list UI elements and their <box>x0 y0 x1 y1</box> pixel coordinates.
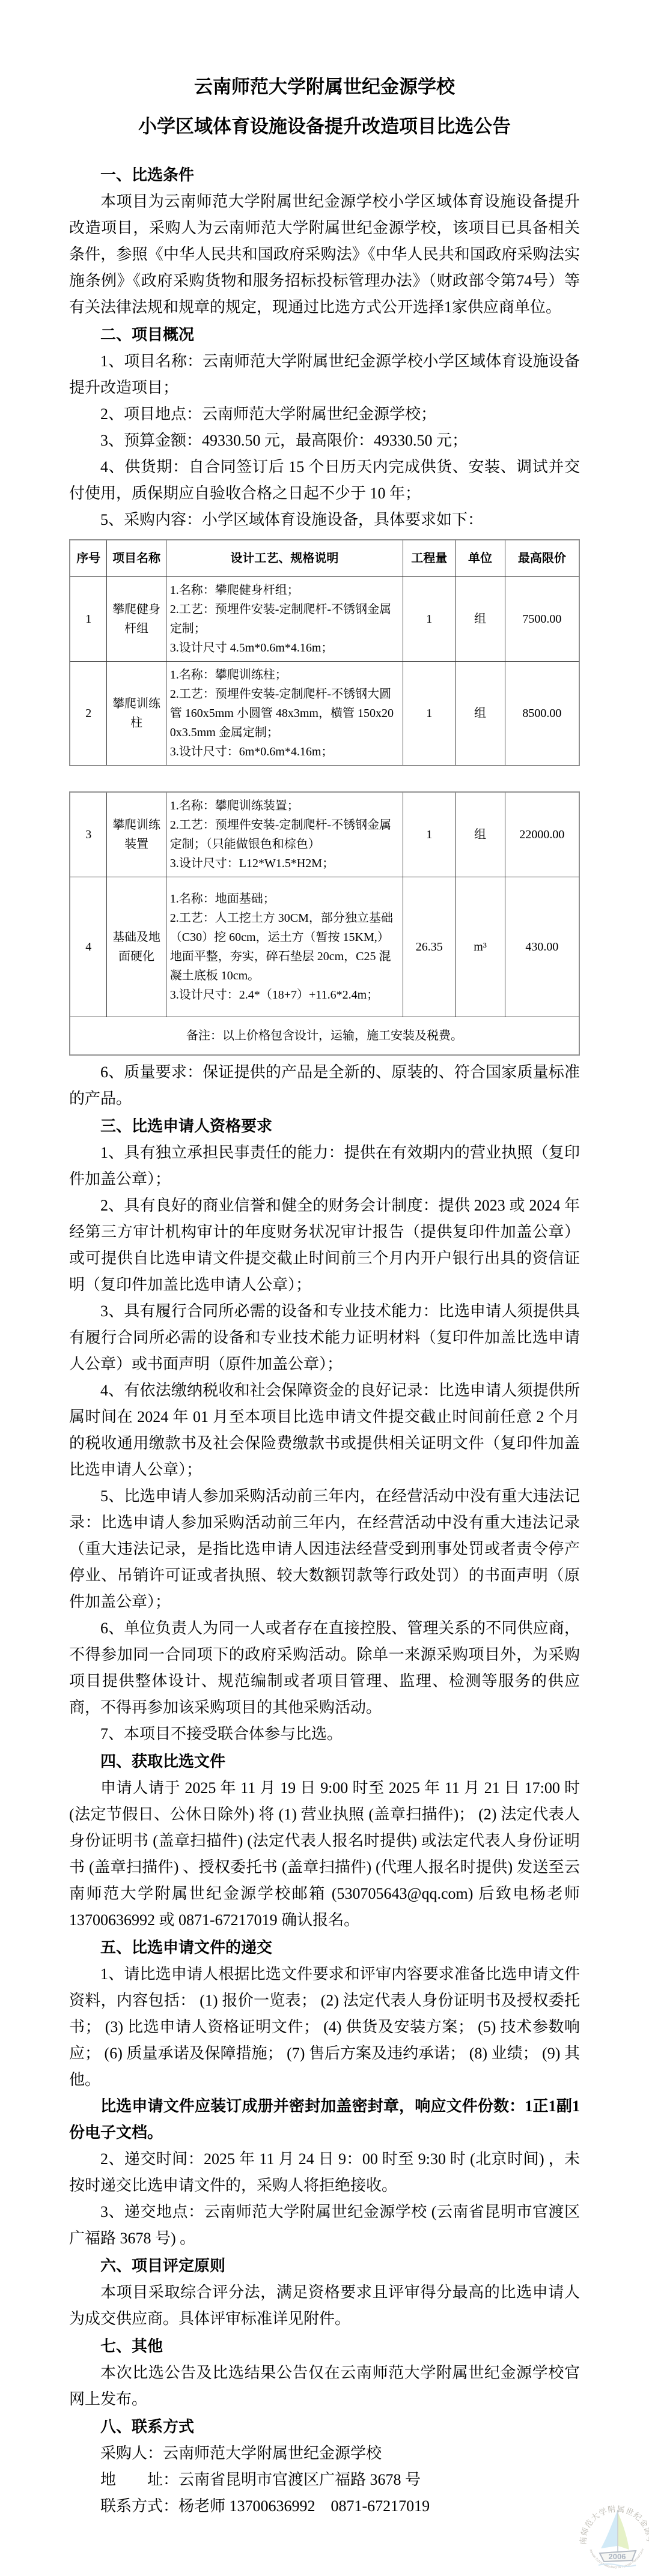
doc-title: 云南师范大学附属世纪金源学校 小学区域体育设施设备提升改造项目比选公告 <box>69 67 580 147</box>
row-4-quantity: 26.35 <box>403 877 456 1017</box>
row-1-index: 1 <box>70 577 107 662</box>
document-page: 云南师范大学附属世纪金源学校 小学区域体育设施设备提升改造项目比选公告 一、比选… <box>0 0 649 2520</box>
contact-address-line: 地 址：云南省昆明市官渡区广福路 3678 号 <box>69 2467 580 2493</box>
row-2-max-price: 8500.00 <box>505 662 579 766</box>
row-1-spec: 1.名称：攀爬健身杆组； 2.工艺：预埋件安装-定制爬杆-不锈钢金属定制； 3.… <box>166 577 403 662</box>
section-2-item-1: 1、项目名称：云南师范大学附属世纪金源学校小学区域体育设施设备提升改造项目； <box>69 348 580 401</box>
section-4-paragraph: 申请人请于 2025 年 11 月 19 日 9:00 时至 2025 年 11… <box>69 1775 580 1934</box>
section-6-heading: 六、项目评定原则 <box>69 2252 580 2279</box>
table-row: 3 攀爬训练装置 1.名称：攀爬训练装置； 2.工艺：预埋件安装-定制爬杆-不锈… <box>70 792 579 877</box>
section-3-item-4: 4、有依法缴纳税收和社会保障资金的良好记录：比选申请人须提供所属时间在 2024… <box>69 1377 580 1483</box>
table-header-row: 序号 项目名称 设计工艺、规格说明 工程量 单位 最高限价 <box>70 540 579 577</box>
section-3-item-6: 6、单位负责人为同一人或者存在直接控股、管理关系的不同供应商，不得参加同一合同项… <box>69 1615 580 1721</box>
section-1-heading: 一、比选条件 <box>69 161 580 189</box>
section-7-heading: 七、其他 <box>69 2332 580 2360</box>
section-2-item-3: 3、预算金额：49330.50 元，最高限价：49330.50 元； <box>69 428 580 454</box>
section-3-item-1: 1、具有独立承担民事责任的能力：提供在有效期内的营业执照（复印件加盖公章）； <box>69 1140 580 1193</box>
row-3-max-price: 22000.00 <box>505 792 579 877</box>
table-remark: 备注：以上价格包含设计，运输，施工安装及税费。 <box>70 1017 579 1056</box>
row-2-spec: 1.名称：攀爬训练柱； 2.工艺：预埋件安装-定制爬杆-不锈钢大圆管 160x5… <box>166 662 403 766</box>
section-2-item-4: 4、供货期：自合同签订后 15 个日历天内完成供货、安装、调试并交付使用，质保期… <box>69 454 580 507</box>
row-2-index: 2 <box>70 662 107 766</box>
section-1-paragraph: 本项目为云南师范大学附属世纪金源学校小学区域体育设施设备提升改造项目，采购人为云… <box>69 189 580 321</box>
row-3-spec: 1.名称：攀爬训练装置； 2.工艺：预埋件安装-定制爬杆-不锈钢金属定制；（只能… <box>166 792 403 877</box>
table-row: 1 攀爬健身杆组 1.名称：攀爬健身杆组； 2.工艺：预埋件安装-定制爬杆-不锈… <box>70 577 579 662</box>
row-1-max-price: 7500.00 <box>505 577 579 662</box>
doc-title-line-2: 小学区域体育设施设备提升改造项目比选公告 <box>69 107 580 147</box>
table-remark-row: 备注：以上价格包含设计，运输，施工安装及税费。 <box>70 1017 579 1056</box>
row-4-index: 4 <box>70 877 107 1017</box>
section-3-heading: 三、比选申请人资格要求 <box>69 1112 580 1140</box>
row-4-spec: 1.名称：地面基础； 2.工艺：人工挖土方 30CM，部分独立基础（C30）挖 … <box>166 877 403 1017</box>
col-header-spec: 设计工艺、规格说明 <box>166 540 403 577</box>
row-3-index: 3 <box>70 792 107 877</box>
logo-sail-blue <box>601 2511 617 2548</box>
section-5-item-2: 2、递交时间：2025 年 11 月 24 日 9：00 时至 9:30 时 (… <box>69 2146 580 2199</box>
row-3-quantity: 1 <box>403 792 456 877</box>
section-4-heading: 四、获取比选文件 <box>69 1747 580 1775</box>
row-2-item-name: 攀爬训练柱 <box>107 662 166 766</box>
contact-purchaser-line: 采购人：云南师范大学附属世纪金源学校 <box>69 2440 580 2467</box>
contact-block: 八、联系方式 采购人：云南师范大学附属世纪金源学校 地 址：云南省昆明市官渡区广… <box>69 2413 580 2520</box>
section-7-paragraph: 本次比选公告及比选结果公告仅在云南师范大学附属世纪金源学校官网上发布。 <box>69 2360 580 2413</box>
section-5-item-3: 3、递交地点：云南师范大学附属世纪金源学校 (云南省昆明市官渡区广福路 3678… <box>69 2199 580 2252</box>
section-2-item-6: 6、质量要求：保证提供的产品是全新的、原装的、符合国家质量标准的产品。 <box>69 1059 580 1112</box>
col-header-max-price: 最高限价 <box>505 540 579 577</box>
school-logo-watermark: 云南师范大学附属世纪金源学校 Shiji Jinyuan School Atta… <box>578 2497 649 2576</box>
section-3-item-7: 7、本项目不接受联合体参与比选。 <box>69 1721 580 1747</box>
school-logo-icon: 云南师范大学附属世纪金源学校 Shiji Jinyuan School Atta… <box>578 2497 649 2576</box>
row-4-unit: m³ <box>456 877 505 1017</box>
row-2-quantity: 1 <box>403 662 456 766</box>
row-4-item-name: 基础及地面硬化 <box>107 877 166 1017</box>
section-5-binding-requirement: 比选申请文件应装订成册并密封加盖密封章，响应文件份数：1正1副1份电子文档。 <box>69 2093 580 2146</box>
table-row: 2 攀爬训练柱 1.名称：攀爬训练柱； 2.工艺：预埋件安装-定制爬杆-不锈钢大… <box>70 662 579 766</box>
col-header-index: 序号 <box>70 540 107 577</box>
table-row: 4 基础及地面硬化 1.名称：地面基础； 2.工艺：人工挖土方 30CM，部分独… <box>70 877 579 1017</box>
section-2-item-5: 5、采购内容：小学区域体育设施设备，具体要求如下： <box>69 507 580 533</box>
section-2-item-2: 2、项目地点：云南师范大学附属世纪金源学校； <box>69 401 580 428</box>
items-table-part-1: 序号 项目名称 设计工艺、规格说明 工程量 单位 最高限价 1 攀爬健身杆组 1… <box>69 539 580 766</box>
row-3-unit: 组 <box>456 792 505 877</box>
logo-year-text: 2006 <box>609 2552 626 2561</box>
section-3-item-3: 3、具有履行合同所必需的设备和专业技术能力：比选申请人须提供具有履行合同所必需的… <box>69 1298 580 1377</box>
row-1-unit: 组 <box>456 577 505 662</box>
doc-title-line-1: 云南师范大学附属世纪金源学校 <box>69 67 580 107</box>
section-5-heading: 五、比选申请文件的递交 <box>69 1934 580 1961</box>
items-table-part-2: 3 攀爬训练装置 1.名称：攀爬训练装置； 2.工艺：预埋件安装-定制爬杆-不锈… <box>69 791 580 1056</box>
section-3-item-5: 5、比选申请人参加采购活动前三年内，在经营活动中没有重大违法记录：比选申请人参加… <box>69 1483 580 1615</box>
table-page-break-gap <box>69 770 580 785</box>
row-2-unit: 组 <box>456 662 505 766</box>
col-header-item-name: 项目名称 <box>107 540 166 577</box>
logo-sail-green <box>618 2514 629 2550</box>
row-4-max-price: 430.00 <box>505 877 579 1017</box>
section-2-heading: 二、项目概况 <box>69 321 580 348</box>
section-6-paragraph: 本项目采取综合评分法，满足资格要求且评审得分最高的比选申请人为成交供应商。具体评… <box>69 2279 580 2332</box>
row-1-quantity: 1 <box>403 577 456 662</box>
row-3-item-name: 攀爬训练装置 <box>107 792 166 877</box>
section-3-item-2: 2、具有良好的商业信誉和健全的财务会计制度：提供 2023 或 2024 年经第… <box>69 1193 580 1298</box>
col-header-quantity: 工程量 <box>403 540 456 577</box>
row-1-item-name: 攀爬健身杆组 <box>107 577 166 662</box>
col-header-unit: 单位 <box>456 540 505 577</box>
section-5-item-1: 1、请比选申请人根据比选文件要求和评审内容要求准备比选申请文件资料，内容包括： … <box>69 1961 580 2093</box>
contact-phone-line: 联系方式：杨老师 13700636992 0871-67217019 <box>69 2493 580 2520</box>
section-8-heading: 八、联系方式 <box>69 2413 580 2440</box>
